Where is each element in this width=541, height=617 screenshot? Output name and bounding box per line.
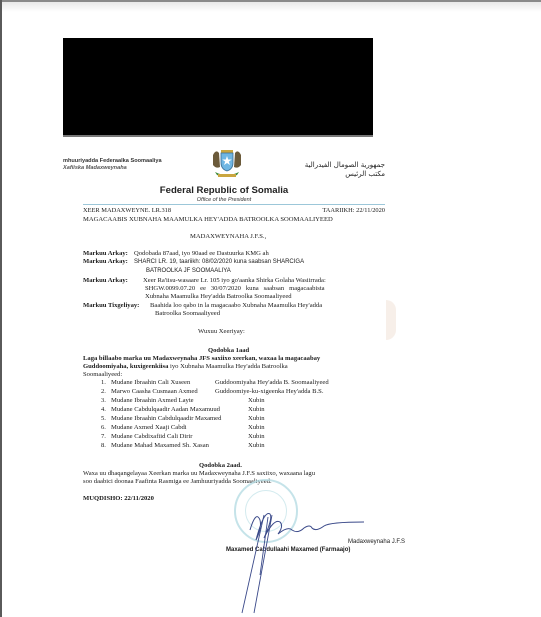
viewer-top-shadow: [0, 2, 541, 12]
recital-text: SHGW.0099.07.20 ee 30/07/2020 kuna saabs…: [145, 285, 325, 293]
article1-intro-line2: Guddoomiyaha, kuxigeenkiisa iyo Xubnaha …: [83, 363, 288, 371]
handwritten-signature-icon: [238, 495, 378, 615]
decree-subject: MAGACAABIS XUBNAHA MAAMULKA HEY'ADDA BAT…: [83, 216, 333, 224]
appointee-name: Mudane Cabdixafiid Cali Dirir: [111, 433, 193, 441]
appointee-name: Mudane Cabdulqaadir Aadan Maxamuud: [111, 406, 220, 414]
letterhead-somali: mhuuriyadda Federaalka Soomaaliya Xafiis…: [63, 158, 162, 172]
appointee-role: Xubin: [248, 424, 264, 432]
appointee-role: Xubin: [248, 442, 264, 450]
letterhead-arabic-line1: جمهورية الصومال الفيدرالية: [305, 161, 385, 170]
viewer-left-border: [0, 0, 2, 617]
recital-text: Qodobada 87aad, iyo 90aad ee Dastuurka K…: [134, 250, 269, 258]
appointee-name: Mudane Axmed Xaaji Cabdi: [111, 424, 187, 432]
article1-intro-rest: iyo Xubnaha Maamulka Hey'adda Batroolka: [168, 363, 287, 370]
recital-text: BATROOLKA JF SOOMAALIYA: [146, 267, 231, 275]
recital-label: Markuu Arkay:: [83, 250, 128, 258]
recital-text: Batroolka Soomaaliyeed: [155, 310, 220, 318]
appointee-name: Mudane Ibraahin Cali Xuseen: [111, 379, 190, 387]
appointee-number: 1.: [101, 379, 106, 387]
recital-text: Baahida loo qabo in la magacaabo Xubnaha…: [150, 302, 322, 310]
appointee-name: Mudane Ibraahin Cabdulqaadir Maxamed: [111, 415, 221, 423]
appointee-name: Mudane Ibraahin Axmed Layte: [111, 397, 194, 405]
somalia-coat-of-arms-icon: [210, 147, 244, 181]
appointee-role: Guddoomiye-ku-xigeenka Hey'adda B.S.: [215, 388, 324, 396]
redacted-block: [63, 38, 373, 136]
letterhead-title: Federal Republic of Somalia: [63, 185, 385, 196]
appointee-role: Xubin: [248, 406, 264, 414]
appointee-role: Guddoomiyaha Hey'adda B. Soomaaliyeed: [215, 379, 329, 387]
appointee-number: 7.: [101, 433, 106, 441]
letterhead-arabic-line2: مكتب الرئيس: [305, 170, 385, 179]
appointee-number: 4.: [101, 406, 106, 414]
appointee-role: Xubin: [248, 433, 264, 441]
letterhead-divider: [83, 204, 385, 205]
decree-date: TAARIIKH: 22/11/2020: [322, 207, 385, 215]
appointee-number: 8.: [101, 442, 106, 450]
appointee-number: 3.: [101, 397, 106, 405]
issuer: MADAXWEYNAHA J.F.S.,: [190, 233, 266, 241]
letterhead-somali-line2: Xafiiska Madaxweynaha: [63, 165, 162, 172]
recital-text: Xubnaha Maamulka Hey'adda Batroolka Soom…: [145, 293, 292, 301]
appointee-number: 6.: [101, 424, 106, 432]
appointee-role: Xubin: [248, 397, 264, 405]
letterhead-arabic: جمهورية الصومال الفيدرالية مكتب الرئيس: [305, 161, 385, 179]
recital-text: Xeer Ra'iisu-wasaare Lr. 105 iyo go'aank…: [143, 277, 326, 285]
recital-text: SHARCI LR. 19, taariikh: 08/02/2020 kuna…: [134, 258, 304, 266]
appointee-number: 5.: [101, 415, 106, 423]
decreed-heading: Wuxuu Xeeriyay:: [198, 328, 245, 336]
appointee-number: 2.: [101, 388, 106, 396]
recital-label: Markuu Arkay:: [83, 277, 128, 285]
article2-line2: soo daabici doonaa Faafinta Rasmiga ee J…: [83, 478, 272, 486]
paper-edge-shadow: [386, 300, 396, 340]
appointee-name: Marwo Caasha Cusmaan Axmed: [111, 388, 198, 396]
letterhead-somali-line1: mhuuriyadda Federaalka Soomaaliya: [63, 158, 162, 165]
appointee-name: Mudane Mahad Maxamed Sh. Xasan: [111, 442, 209, 450]
decree-number: XEER MADAXWEYNE. LR.318: [83, 207, 171, 215]
article2-line1: Waxa uu dhaqangelayaa Xeerkan marka uu M…: [83, 470, 315, 478]
article1-intro-line3: Soomaaliyeed:: [83, 371, 122, 379]
place-date: MUQDISHO: 22/11/2020: [83, 495, 154, 503]
article1-heading: Qodobka 1aad: [208, 347, 249, 355]
letterhead-subtitle: Office of the President: [63, 197, 385, 203]
article1-intro-bold: Guddoomiyaha, kuxigeenkiisa: [83, 363, 168, 370]
article2-heading: Qodobka 2aad.: [199, 462, 242, 470]
article1-intro-line1: Laga billaabo marka uu Madaxweynaha JFS …: [83, 355, 320, 363]
recital-label: Markuu Arkay:: [83, 258, 128, 266]
appointee-role: Xubin: [248, 415, 264, 423]
recital-label: Markuu Tixgeliyay:: [83, 302, 139, 310]
